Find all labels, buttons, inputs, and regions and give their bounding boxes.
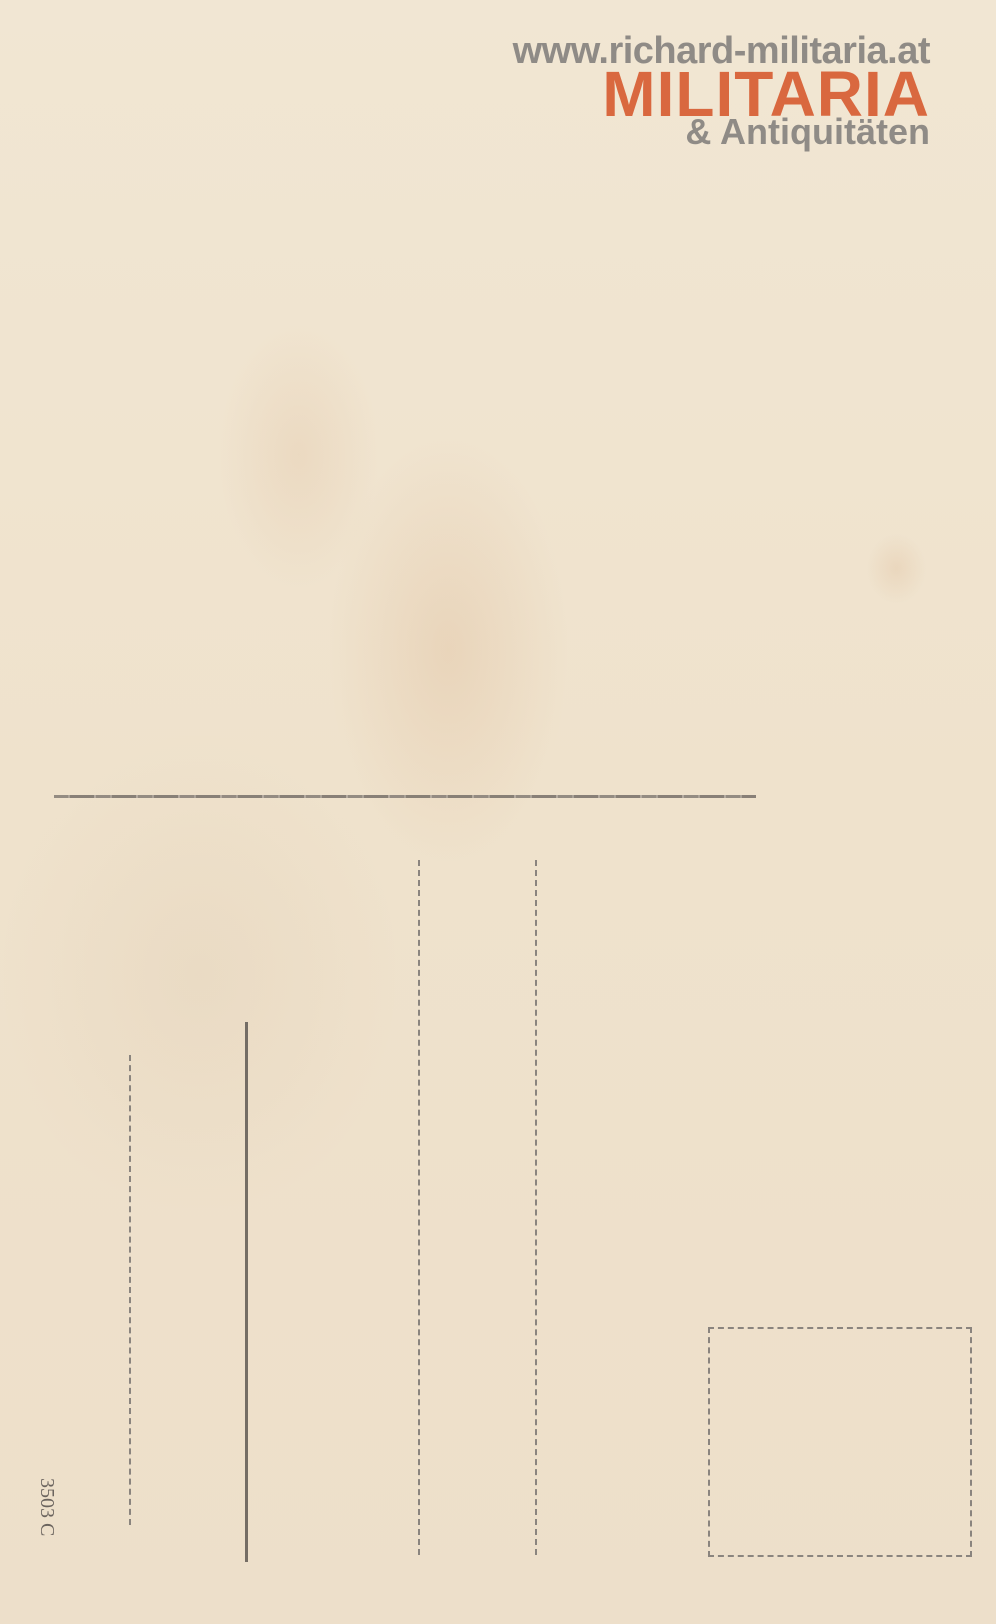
stamp-box [708,1327,972,1557]
horizontal-divider-line [54,795,756,798]
watermark-subtitle: & Antiquitäten [685,114,930,150]
print-number: 3503 C [35,1478,58,1536]
center-divider-line [245,1022,248,1562]
address-line-dashed-1 [129,1055,131,1525]
address-line-dashed-3 [535,860,537,1555]
address-line-dashed-2 [418,860,420,1555]
